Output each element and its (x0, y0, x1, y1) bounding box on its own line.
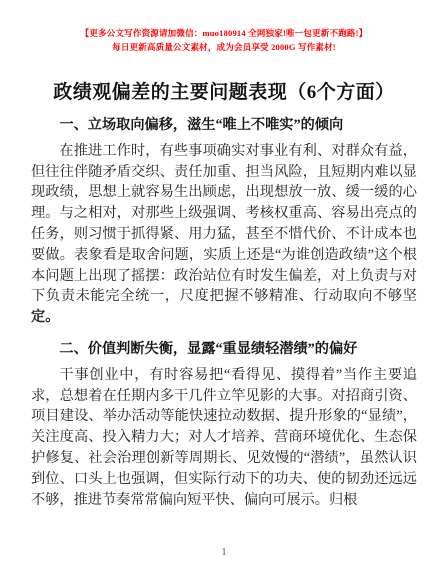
ad-banner-line1: 【更多公文写作资源请加微信：muo180914 全网独家!唯一包更新不跑路!】 (0, 27, 448, 41)
section-2-paragraph-text: 干事创业中，有时容易把“看得见、摸得着”当作主要追求，总想着在任期内多干几件立竿… (31, 367, 417, 508)
document-body: 一、立场取向偏移，滋生“唯上不唯实”的倾向 在推进工作时，有些事项确实对事业有利… (31, 115, 417, 510)
section-1-paragraph: 在推进工作时，有些事项确实对事业有利、对群众有益，但往往伴随矛盾交织、责任加重、… (31, 141, 417, 328)
section-1-heading: 一、立场取向偏移，滋生“唯上不唯实”的倾向 (31, 115, 417, 136)
ad-banner-line2: 每日更新高质量公文素材，成为会员享受 2000G 写作素材! (0, 41, 448, 55)
section-2-paragraph: 干事创业中，有时容易把“看得见、摸得着”当作主要追求，总想着在任期内多干几件立竿… (31, 365, 417, 511)
document-page: 【更多公文写作资源请加微信：muo180914 全网独家!唯一包更新不跑路!】 … (0, 0, 448, 580)
page-number: 1 (0, 547, 448, 558)
section-1-paragraph-text: 在推进工作时，有些事项确实对事业有利、对群众有益，但往往伴随矛盾交织、责任加重、… (31, 143, 417, 305)
ad-banner: 【更多公文写作资源请加微信：muo180914 全网独家!唯一包更新不跑路!】 … (0, 27, 448, 54)
document-title: 政绩观偏差的主要问题表现（6个方面） (0, 77, 448, 104)
section-2-heading: 二、价值判断失衡，显露“重显绩轻潜绩”的偏好 (31, 339, 417, 360)
section-1-paragraph-bold-tail: 定。 (31, 309, 59, 325)
